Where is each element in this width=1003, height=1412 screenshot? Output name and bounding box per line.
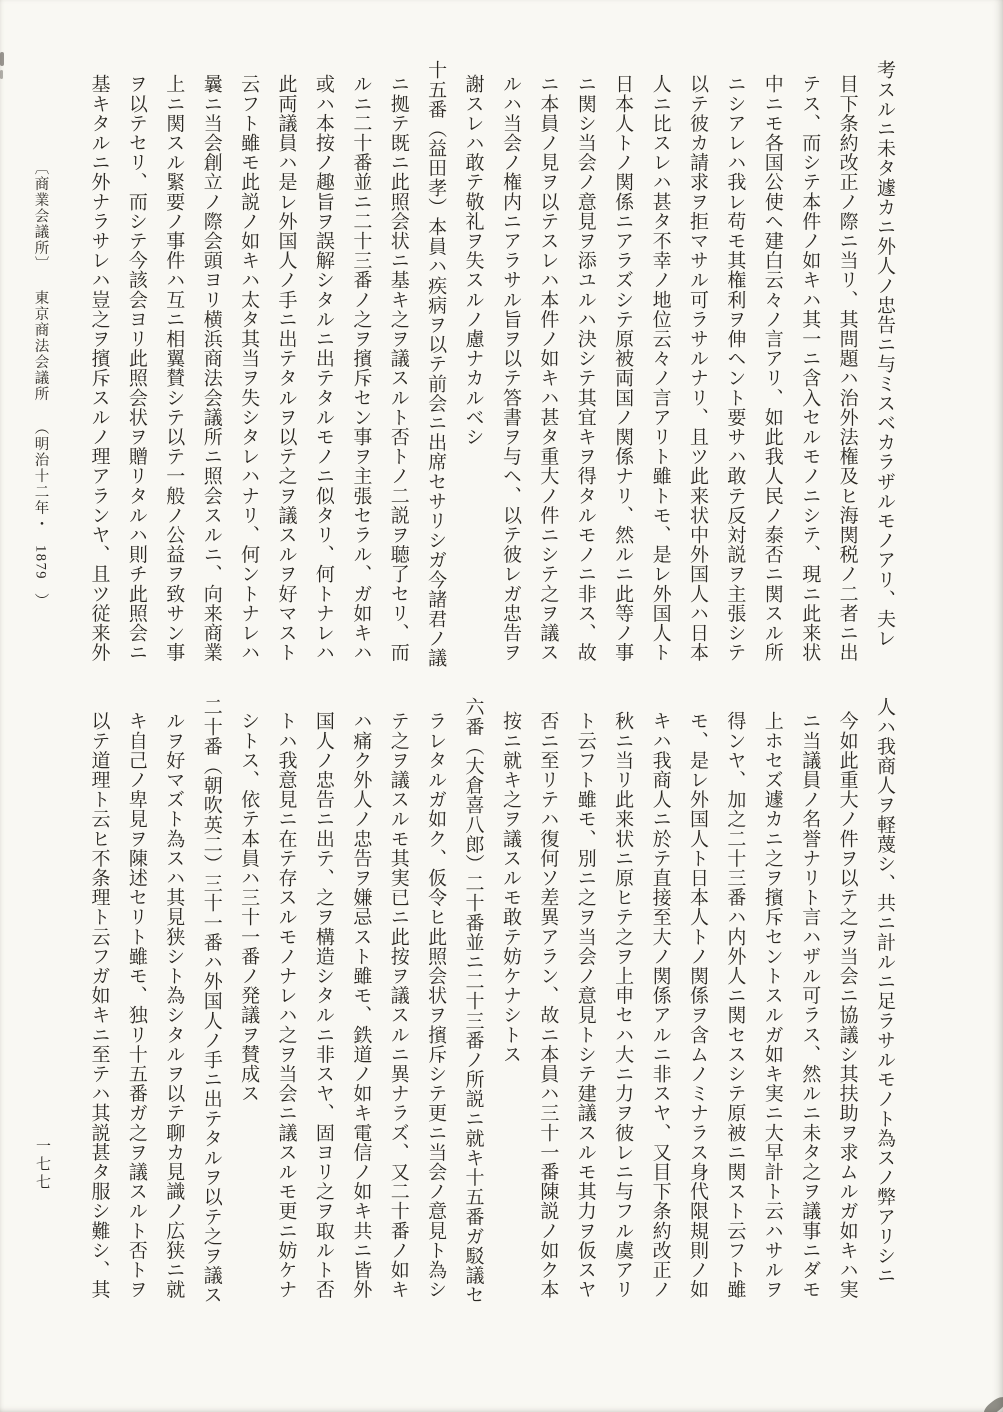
scan-artifact-left-small	[0, 70, 3, 79]
caption-date-close: ）	[31, 593, 52, 609]
text-column: ニシアレハ我レ苟モ其権利ヲ伸ヘント要サハ敢テ反対説ヲ主張シテ	[716, 60, 753, 719]
text-column: 曩ニ当会創立ノ際会頭ヨリ横浜商法会議所ニ照会スルニ、向来商業	[192, 60, 229, 719]
text-column: 否ニ至リテハ復何ソ差異アラン、故ニ本員ハ三十一番陳説ノ如ク本	[529, 697, 566, 1356]
scan-artifact-corner	[981, 1394, 1003, 1412]
text-column: ルハ当会ノ権内ニアラサル旨ヲ以テ答書ヲ与ヘ、以テ彼レガ忠告ヲ	[492, 60, 529, 719]
text-column: ルヲ好マズト為スハ其見狭シト為シタルヲ以テ聊カ見識ノ広狭ニ就	[155, 697, 192, 1356]
text-column: テ之ヲ議スルモ其実已ニ此按ヲ議スルニ異ナラズ、又二十番ノ如キ	[379, 697, 416, 1356]
text-column: 此両議員ハ是レ外国人ノ手ニ出テタルヲ以テ之ヲ議スルヲ好マスト	[267, 60, 304, 719]
text-column: 基キタルニ外ナラサレハ豈之ヲ擯斥スルノ理アランヤ、且ツ従来外	[80, 60, 117, 719]
text-column: 人ニ比スレハ甚タ不幸ノ地位云々ノ言アリト雖トモ、是レ外国人ト	[641, 60, 678, 719]
caption-date: （明治十二年・1879）	[31, 420, 52, 622]
bottom-text-block: 人ハ我商人ヲ軽蔑シ、共ニ計ルニ足ラサルモノト為スノ弊アリシニ今如此重大ノ件ヲ以テ…	[80, 697, 903, 1356]
text-column: ヲ以テセリ、而シテ今該会ヨリ此照会状ヲ贈リタルハ則チ此照会ニ	[117, 60, 154, 719]
scan-artifact-left-top	[0, 52, 4, 66]
text-column: テス、而シテ本件ノ如キハ其一ニ含入セルモノニシテ、現ニ此来状	[791, 60, 828, 719]
text-column: ルニ二十番並ニ二十三番ノ之ヲ擯斥セン事ヲ主張セラル、ガ如キハ	[342, 60, 379, 719]
text-column: 以テ彼カ請求ヲ拒マサル可ラサルナリ、且ツ此来状中外国人ハ日本	[679, 60, 716, 719]
text-column: 按ニ就キ之ヲ議スルモ敢テ妨ケナシトス	[492, 697, 529, 1356]
text-column: 考スルニ未タ遽カニ外人ノ忠告ニ与ミスベカラザルモノアリ、夫レ	[866, 60, 903, 705]
text-column: 謝スレハ敢テ敬礼ヲ失スルノ慮ナカルベシ	[454, 60, 491, 719]
text-column: ニ本員ノ見ヲ以テスレハ本件ノ如キハ甚タ重大ノ件ニシテ之ヲ議ス	[529, 60, 566, 719]
text-column: 国人ノ忠告ニ出テ、之ヲ構造シタルニ非スヤ、固ヨリ之ヲ取ルト否	[305, 697, 342, 1356]
text-column: 中ニモ各国公使ヘ建白云々ノ言アリ、如此我人民ノ泰否ニ関スル所	[753, 60, 790, 719]
text-column: 或ハ本按ノ趣旨ヲ誤解シタルニ出テタルモノニ似タリ、何トナレハ	[305, 60, 342, 719]
page-number: 一七七	[32, 1138, 53, 1192]
text-column: シトス、依テ本員ハ三十一番ノ発議ヲ賛成ス	[230, 697, 267, 1356]
text-column: 上ニ関スル緊要ノ事件ハ互ニ相翼賛シテ以テ一般ノ公益ヲ致サン事	[155, 60, 192, 719]
text-column: 十五番（益田孝）本員ハ疾病ヲ以テ前会ニ出席セサリシガ今諸君ノ議	[417, 60, 454, 705]
text-column: 日本人トノ関係ニアラズシテ原被両国ノ関係ナリ、然ルニ此等ノ事	[604, 60, 641, 719]
text-column: 秋ニ当リ此来状ニ原ヒテ之ヲ上申セハ大ニ力ヲ彼レニ与フル虞アリ	[604, 697, 641, 1356]
text-column: キ自己ノ卑見ヲ陳述セリト雖モ、独リ十五番ガ之ヲ議スルト否トヲ	[117, 697, 154, 1356]
caption-date-year: 1879	[32, 545, 49, 580]
text-column: ニ関シ当会ノ意見ヲ添ユルハ決シテ其宜キヲ得タルモノニ非ス、故	[566, 60, 603, 719]
caption-organization: 東京商法会議所	[31, 290, 52, 402]
text-column: 人ハ我商人ヲ軽蔑シ、共ニ計ルニ足ラサルモノト為スノ弊アリシニ	[866, 697, 903, 1342]
caption-category: 〔商業会議所〕	[31, 160, 52, 272]
text-column: 今如此重大ノ件ヲ以テ之ヲ当会ニ協議シ其扶助ヲ求ムルガ如キハ実	[828, 697, 865, 1356]
text-column: 六番（大倉喜八郎）二十番並ニ二十三番ノ所説ニ就キ十五番ガ駁議セ	[454, 697, 491, 1342]
text-column: 得ンヤ、加之二十三番ハ内外人ニ関セスシテ原被ニ関スト云フト雖	[716, 697, 753, 1356]
scanned-page: 〔商業会議所〕 東京商法会議所 （明治十二年・1879） 考スルニ未タ遽カニ外人…	[0, 0, 1003, 1412]
caption-date-open: （明治十二年・	[31, 420, 52, 532]
text-column: モ、是レ外国人ト日本人トノ関係ヲ含ムノミナラス身代限規則ノ如	[679, 697, 716, 1356]
text-column: ラレタルガ如ク、仮令ヒ此照会状ヲ擯斥シテ更ニ当会ノ意見ト為シ	[417, 697, 454, 1356]
text-column: ニ当議員ノ名誉ナリト言ハザル可ラス、然ルニ未タ之ヲ議事ニダモ	[791, 697, 828, 1356]
text-column: 云フト雖モ此説ノ如キハ太タ其当ヲ失シタレハナリ、何ントナレハ	[230, 60, 267, 719]
text-column: キハ我商人ニ於テ直接至大ノ関係アルニ非スヤ、又目下条約改正ノ	[641, 697, 678, 1356]
text-column: ハ痛ク外人ノ忠告ヲ嫌忌スト雖モ、鉄道ノ如キ電信ノ如キ共ニ皆外	[342, 697, 379, 1356]
text-column: ト云フト雖モ、別ニ之ヲ当会ノ意見トシテ建議スルモ其力ヲ仮スヤ	[566, 697, 603, 1356]
text-column: ニ拠テ既ニ此照会状ニ基キ之ヲ議スルト否トノ二説ヲ聴了セリ、而	[379, 60, 416, 719]
text-column: 上ホセズ遽カニ之ヲ擯斥セントスルガ如キ実ニ大早計ト云ハサルヲ	[753, 697, 790, 1356]
margin-caption: 〔商業会議所〕 東京商法会議所 （明治十二年・1879）	[28, 160, 54, 640]
text-column: 目下条約改正ノ際ニ当リ、其問題ハ治外法権及ヒ海関税ノ二者ニ出	[828, 60, 865, 719]
text-column: 二十番（朝吹英二）三十一番ハ外国人ノ手ニ出テタルヲ以テ之ヲ議ス	[192, 697, 229, 1342]
top-text-block: 考スルニ未タ遽カニ外人ノ忠告ニ与ミスベカラザルモノアリ、夫レ目下条約改正ノ際ニ当…	[80, 60, 903, 719]
text-column: トハ我意見ニ在テ存スルモノナレハ之ヲ当会ニ議スルモ更ニ妨ケナ	[267, 697, 304, 1356]
text-column: 以テ道理ト云ヒ不条理ト云フガ如キニ至テハ其説甚タ服シ難シ、其	[80, 697, 117, 1356]
